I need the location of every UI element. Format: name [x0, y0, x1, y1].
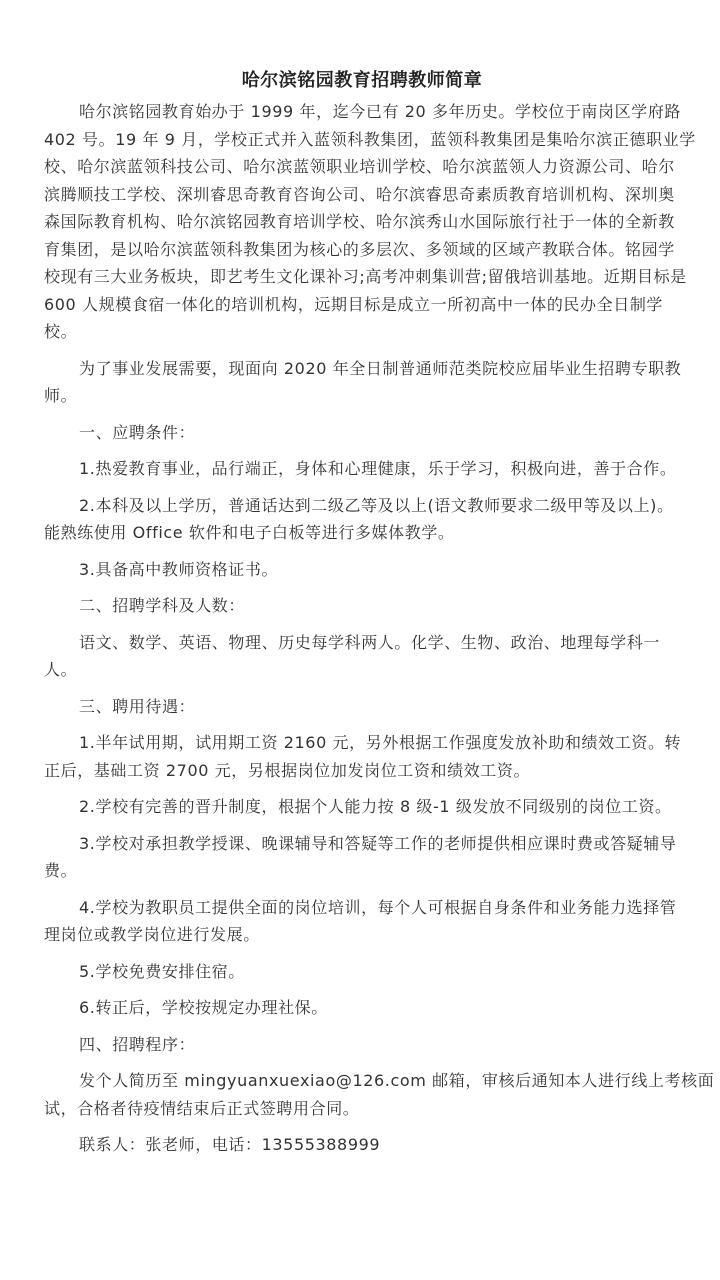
paragraph-benefit4: 4.学校为教职员工提供全面的岗位培训，每个人可根据自身条件和业务能力选择管理岗位…: [44, 894, 680, 949]
paragraph-benefit3: 3.学校对承担教学授课、晚课辅导和答疑等工作的老师提供相应课时费或答疑辅导费。: [44, 830, 680, 885]
text-line: 育集团，是以哈尔滨蓝领科教集团为核心的多层次、多领域的区域产教联合体。铭园学: [44, 236, 680, 264]
paragraph-benefit5: 5.学校免费安排住宿。: [44, 958, 680, 986]
text-line: 2.本科及以上学历，普通话达到二级乙等及以上(语文教师要求二级甲等及以上)。: [44, 492, 680, 520]
paragraph-purpose: 为了事业发展需要，现面向 2020 年全日制普通师范类院校应届毕业生招聘专职教师…: [44, 355, 680, 410]
document-body: 哈尔滨铭园教育始办于 1999 年，迄今已有 20 多年历史。学校位于南岗区学府…: [44, 98, 680, 1159]
text-line: 二、招聘学科及人数：: [44, 592, 680, 620]
text-line: 6.转正后，学校按规定办理社保。: [44, 994, 680, 1022]
text-line: 校、哈尔滨蓝领科技公司、哈尔滨蓝领职业培训学校、哈尔滨蓝领人力资源公司、哈尔: [44, 153, 680, 181]
paragraph-benefit2: 2.学校有完善的晋升制度，根据个人能力按 8 级-1 级发放不同级别的岗位工资。: [44, 793, 680, 821]
text-line: 发个人简历至 mingyuanxuexiao@126.com 邮箱，审核后通知本…: [44, 1067, 680, 1095]
paragraph-section1-heading: 一、应聘条件：: [44, 419, 680, 447]
text-line: 师。: [44, 382, 680, 410]
paragraph-subjects: 语文、数学、英语、物理、历史每学科两人。化学、生物、政治、地理每学科一人。: [44, 629, 680, 684]
recruitment-document: 哈尔滨铭园教育招聘教师简章 哈尔滨铭园教育始办于 1999 年，迄今已有 20 …: [44, 66, 680, 1168]
text-line: 语文、数学、英语、物理、历史每学科两人。化学、生物、政治、地理每学科一: [44, 629, 680, 657]
document-title: 哈尔滨铭园教育招聘教师简章: [44, 66, 680, 96]
text-line: 2.学校有完善的晋升制度，根据个人能力按 8 级-1 级发放不同级别的岗位工资。: [44, 793, 680, 821]
text-line: 哈尔滨铭园教育始办于 1999 年，迄今已有 20 多年历史。学校位于南岗区学府…: [44, 98, 680, 126]
text-line: 费。: [44, 857, 680, 885]
text-line: 试，合格者待疫情结束后正式签聘用合同。: [44, 1095, 680, 1123]
paragraph-benefit1: 1.半年试用期，试用期工资 2160 元，另外根据工作强度发放补助和绩效工资。转…: [44, 729, 680, 784]
paragraph-contact: 联系人：张老师，电话：13555388999: [44, 1131, 680, 1159]
text-line: 3.具备高中教师资格证书。: [44, 556, 680, 584]
paragraph-intro: 哈尔滨铭园教育始办于 1999 年，迄今已有 20 多年历史。学校位于南岗区学府…: [44, 98, 680, 346]
text-line: 校现有三大业务板块，即艺考生文化课补习;高考冲刺集训营;留俄培训基地。近期目标是: [44, 263, 680, 291]
paragraph-section2-heading: 二、招聘学科及人数：: [44, 592, 680, 620]
text-line: 1.半年试用期，试用期工资 2160 元，另外根据工作强度发放补助和绩效工资。转: [44, 729, 680, 757]
text-line: 理岗位或教学岗位进行发展。: [44, 921, 680, 949]
paragraph-req1: 1.热爱教育事业，品行端正，身体和心理健康，乐于学习，积极向进，善于合作。: [44, 455, 680, 483]
text-line: 滨腾顺技工学校、深圳睿思奇教育咨询公司、哈尔滨睿思奇素质教育培训机构、深圳奥: [44, 181, 680, 209]
text-line: 能熟练使用 Office 软件和电子白板等进行多媒体教学。: [44, 519, 680, 547]
text-line: 四、招聘程序：: [44, 1031, 680, 1059]
text-line: 402 号。19 年 9 月，学校正式并入蓝领科教集团，蓝领科教集团是集哈尔滨正…: [44, 126, 680, 154]
text-line: 森国际教育机构、哈尔滨铭园教育培训学校、哈尔滨秀山水国际旅行社于一体的全新教: [44, 208, 680, 236]
text-line: 4.学校为教职员工提供全面的岗位培训，每个人可根据自身条件和业务能力选择管: [44, 894, 680, 922]
text-line: 校。: [44, 318, 680, 346]
text-line: 正后，基础工资 2700 元，另根据岗位加发岗位工资和绩效工资。: [44, 757, 680, 785]
text-line: 一、应聘条件：: [44, 419, 680, 447]
text-line: 为了事业发展需要，现面向 2020 年全日制普通师范类院校应届毕业生招聘专职教: [44, 355, 680, 383]
text-line: 3.学校对承担教学授课、晚课辅导和答疑等工作的老师提供相应课时费或答疑辅导: [44, 830, 680, 858]
text-line: 三、聘用待遇：: [44, 693, 680, 721]
paragraph-section3-heading: 三、聘用待遇：: [44, 693, 680, 721]
text-line: 600 人规模食宿一体化的培训机构，远期目标是成立一所初高中一体的民办全日制学: [44, 291, 680, 319]
paragraph-req2: 2.本科及以上学历，普通话达到二级乙等及以上(语文教师要求二级甲等及以上)。能熟…: [44, 492, 680, 547]
paragraph-procedure: 发个人简历至 mingyuanxuexiao@126.com 邮箱，审核后通知本…: [44, 1067, 680, 1122]
text-line: 1.热爱教育事业，品行端正，身体和心理健康，乐于学习，积极向进，善于合作。: [44, 455, 680, 483]
text-line: 联系人：张老师，电话：13555388999: [44, 1131, 680, 1159]
text-line: 人。: [44, 656, 680, 684]
text-line: 5.学校免费安排住宿。: [44, 958, 680, 986]
paragraph-benefit6: 6.转正后，学校按规定办理社保。: [44, 994, 680, 1022]
paragraph-section4-heading: 四、招聘程序：: [44, 1031, 680, 1059]
paragraph-req3: 3.具备高中教师资格证书。: [44, 556, 680, 584]
